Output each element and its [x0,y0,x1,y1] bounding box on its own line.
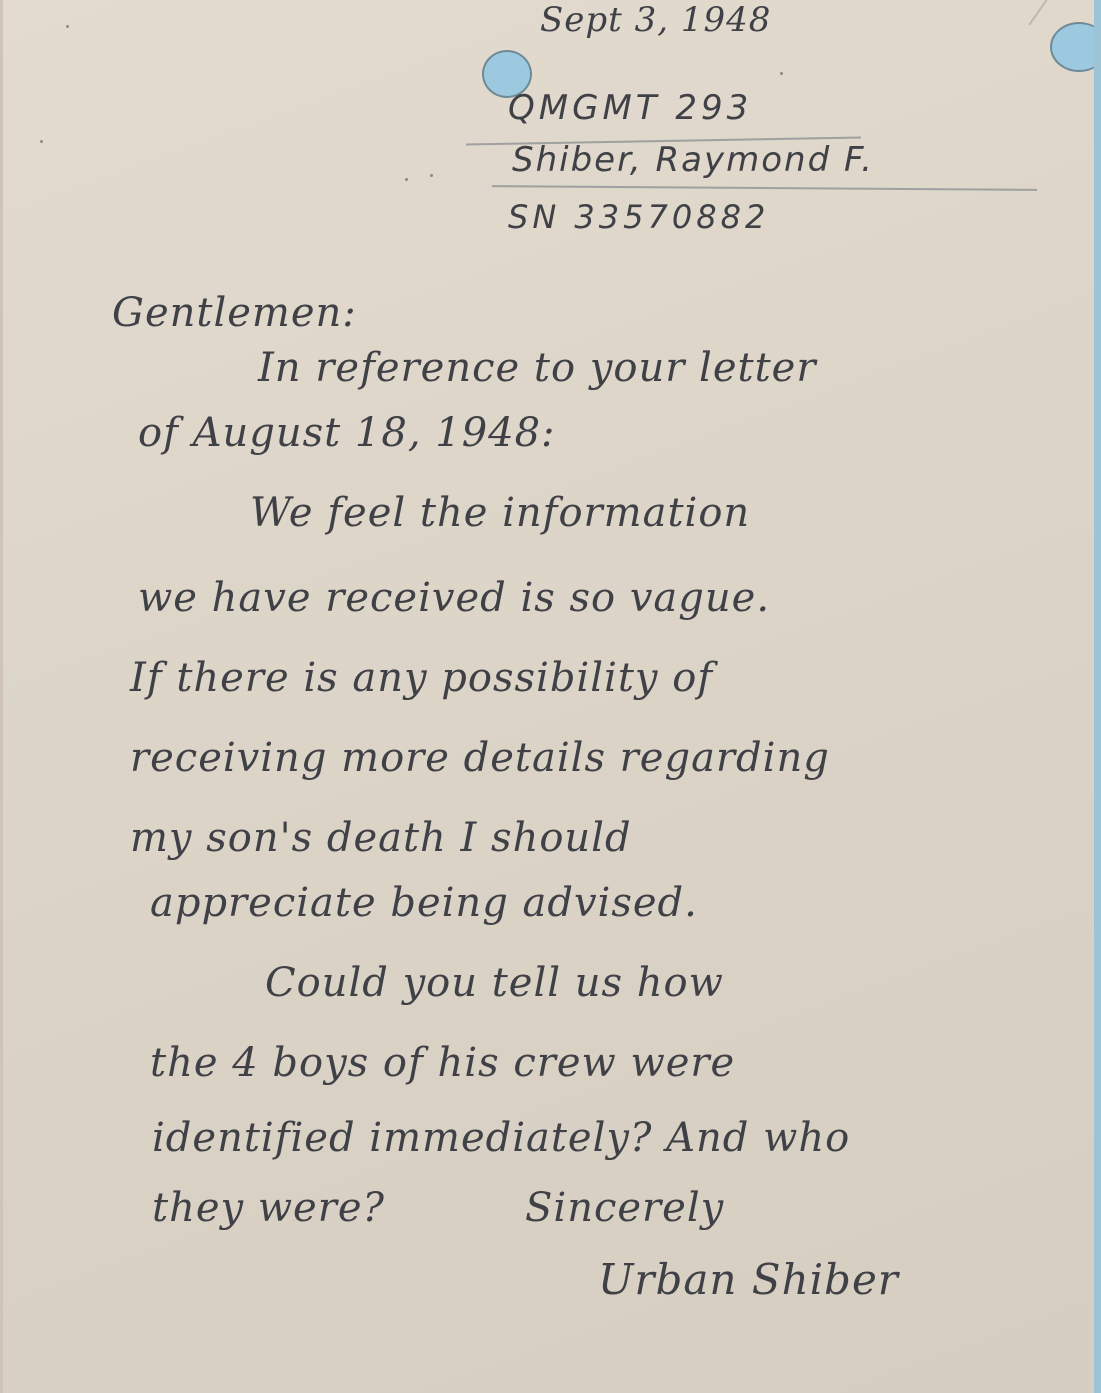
signature: Urban Shiber [598,1255,899,1304]
paper-speck [40,140,43,143]
body-line: If there is any possibility of [130,655,713,701]
reference-code: QMGMT 293 [508,88,752,128]
body-line: my son's death I should [130,815,632,861]
salutation: Gentlemen: [112,290,357,336]
underline-divider [492,185,1037,191]
body-line: identified immediately? And who [152,1115,850,1161]
closing: Sincerely [525,1185,724,1231]
subject-name: Shiber, Raymond F. [512,140,874,180]
body-line: of August 18, 1948: [138,410,556,456]
body-line: appreciate being advised. [150,880,698,926]
serial-number: SN 33570882 [508,198,769,236]
paper-speck [780,72,783,75]
letter-page: Sept 3, 1948 QMGMT 293 Shiber, Raymond F… [0,0,1094,1393]
body-line: In reference to your letter [258,345,816,391]
body-line: receiving more details regarding [130,735,830,781]
body-line: We feel the information [250,490,750,536]
body-line: we have received is so vague. [138,575,770,621]
backing-edge-strip [1094,0,1101,1393]
body-line: they were? [152,1185,385,1231]
paper-speck [66,25,69,28]
body-line: Could you tell us how [265,960,724,1006]
paper-left-edge [0,0,3,1393]
body-line: the 4 boys of his crew were [150,1040,735,1086]
paper-speck [405,178,408,181]
paper-speck [430,174,433,177]
letter-date: Sept 3, 1948 [540,0,771,40]
